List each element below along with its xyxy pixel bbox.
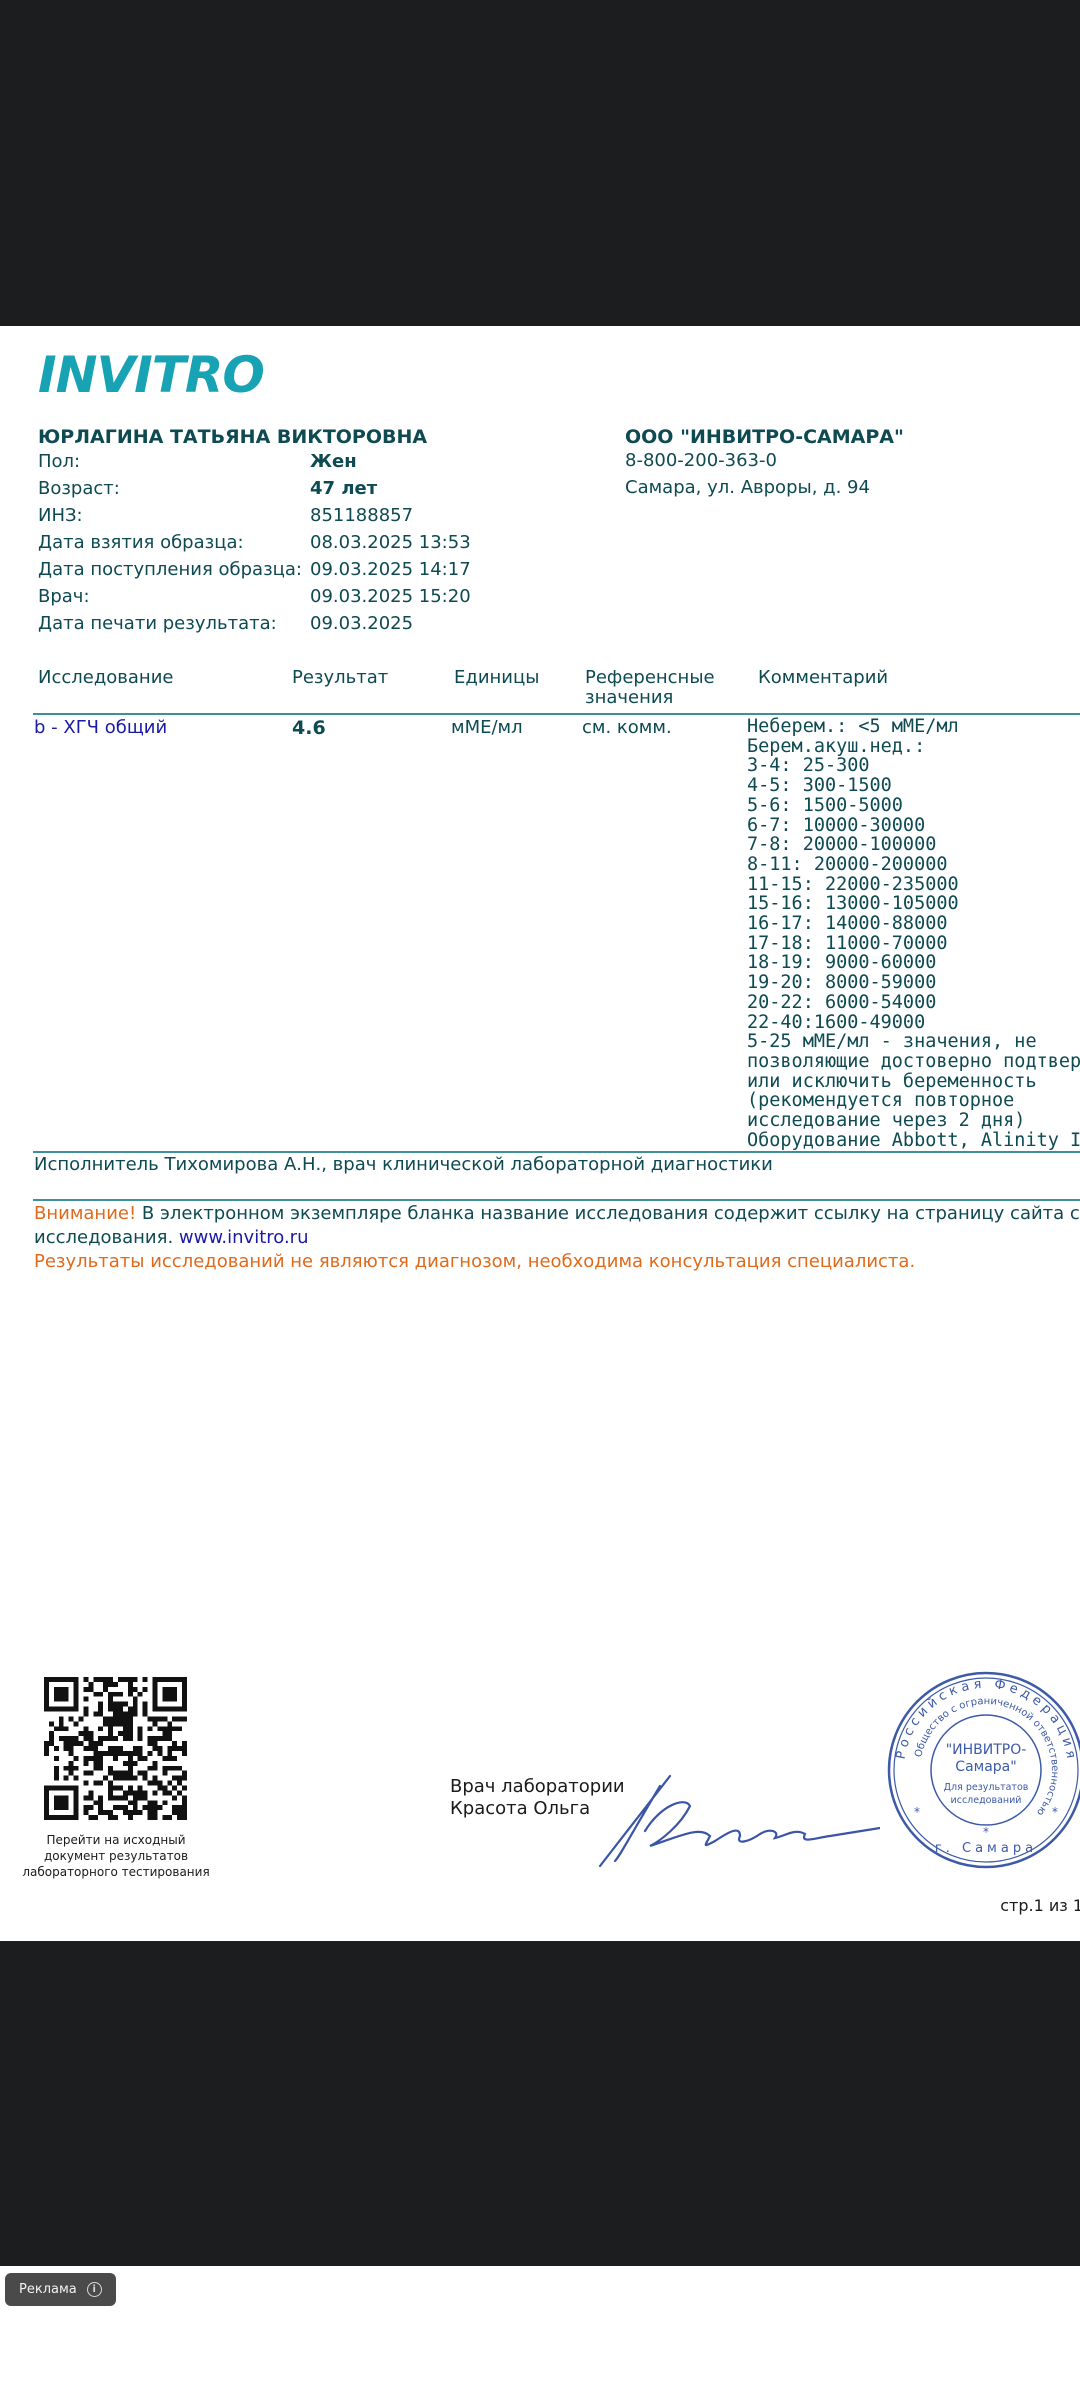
qr-code-icon[interactable] [44,1677,187,1820]
qr-caption: Перейти на исходный документ результатов… [20,1832,212,1880]
col-header-reference: Референсные значения [585,668,715,708]
col-header-test: Исследование [38,668,173,688]
notice-line-2: исследования. www.invitro.ru [34,1227,309,1248]
info-label: Врач: [38,586,90,607]
invitro-logo: INVITRO [38,346,264,404]
org-name: ООО "ИНВИТРО-САМАРА" [625,426,904,448]
signature-icon [590,1766,880,1876]
info-label: Дата взятия образца: [38,532,244,553]
test-name-link[interactable]: b - ХГЧ общий [34,717,167,738]
disclaimer-text: Результаты исследований не являются диаг… [34,1251,915,1272]
executor-line: Исполнитель Тихомирова А.Н., врач клинич… [34,1154,773,1175]
test-reference: см. комм. [582,717,672,738]
info-value: 09.03.2025 14:17 [310,559,471,580]
attention-label: Внимание! [34,1203,136,1224]
info-value: Жен [310,451,357,472]
ad-label: Реклама [19,2282,77,2297]
info-icon[interactable]: i [87,2282,102,2297]
svg-text:*: * [914,1805,920,1819]
ad-badge[interactable]: Реклама i [5,2273,116,2306]
test-comment: Неберем.: <5 мМЕ/мл Берем.акуш.нед.: 3-4… [747,717,1080,1150]
notice-divider [33,1199,1080,1201]
info-value: 08.03.2025 13:53 [310,532,471,553]
info-value: 09.03.2025 [310,613,413,634]
patient-name: ЮРЛАГИНА ТАТЬЯНА ВИКТОРОВНА [38,426,427,448]
ad-area [0,2266,1080,2400]
info-label: Пол: [38,451,80,472]
info-label: Дата печати результата: [38,613,277,634]
svg-text:г. Самара: г. Самара [935,1841,1037,1856]
test-result: 4.6 [292,717,326,739]
svg-text:Для результатов: Для результатов [944,1782,1029,1793]
info-label: Дата поступления образца: [38,559,302,580]
notice-line-1: Внимание! В электронном экземпляре бланк… [34,1203,1080,1224]
test-units: мМЕ/мл [451,717,523,738]
svg-text:Самара": Самара" [955,1759,1016,1775]
info-value: 09.03.2025 15:20 [310,586,471,607]
org-address: Самара, ул. Авроры, д. 94 [625,477,870,498]
attention-text: В электронном экземпляре бланка название… [136,1203,1080,1224]
page-number: стр.1 из 1 [1000,1896,1080,1915]
col-header-result: Результат [292,668,388,688]
svg-text:*: * [983,1825,989,1839]
info-label: ИНЗ: [38,505,83,526]
col-header-comment: Комментарий [758,668,888,688]
svg-text:*: * [1052,1805,1058,1819]
table-bottom-divider [33,1151,1080,1153]
svg-text:"ИНВИТРО-: "ИНВИТРО- [946,1742,1027,1758]
info-value: 47 лет [310,478,377,499]
notice-line2-text: исследования. [34,1227,179,1248]
col-header-units: Единицы [454,668,539,688]
svg-text:исследований: исследований [951,1795,1022,1806]
org-phone: 8-800-200-363-0 [625,450,777,471]
company-stamp-icon: Российская Федерация Общество с ограниче… [886,1670,1080,1870]
lab-report-page: INVITRO ЮРЛАГИНА ТАТЬЯНА ВИКТОРОВНА Пол:… [0,326,1080,1941]
info-value: 851188857 [310,505,413,526]
info-label: Возраст: [38,478,120,499]
invitro-site-link[interactable]: www.invitro.ru [179,1227,309,1248]
table-header-divider [33,713,1080,715]
